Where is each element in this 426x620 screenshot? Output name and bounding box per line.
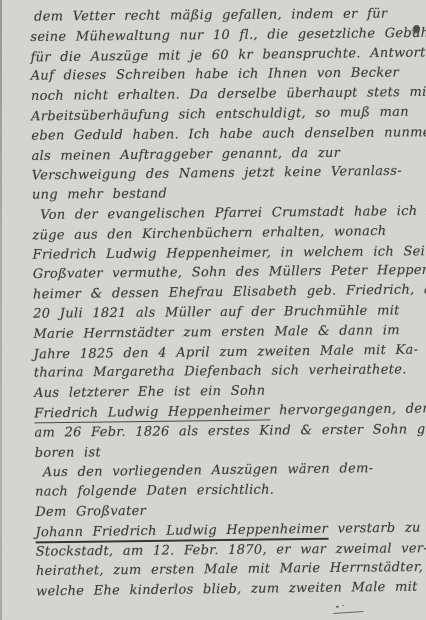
manuscript-line: tharina Margaretha Diefenbach sich verhe…: [34, 361, 426, 384]
manuscript-line: am 26 Febr. 1826 als erstes Kind & erste…: [34, 420, 426, 443]
manuscript-line: nach folgende Daten ersichtlich.: [35, 479, 426, 502]
manuscript-line: eben Geduld haben. Ich habe auch denselb…: [31, 123, 423, 146]
manuscript-line: Friedrich Ludwig Heppenheimer, in welche…: [33, 242, 425, 265]
manuscript-text: dem Vetter recht mäßig gefallen, indem e…: [30, 4, 426, 602]
manuscript-line: Stockstadt, am 12. Febr. 1870, er war zw…: [36, 539, 426, 562]
manuscript-line: dem Vetter recht mäßig gefallen, indem e…: [30, 4, 422, 27]
manuscript-page: dem Vetter recht mäßig gefallen, indem e…: [0, 0, 426, 620]
manuscript-line: ung mehr bestand: [32, 182, 424, 205]
manuscript-line: 20 Juli 1821 als Müller auf der Bruchmüh…: [33, 301, 425, 324]
catchword-mark-icon: [333, 603, 364, 614]
scan-edge-shadow: [0, 0, 2, 620]
underlined-name: Friedrich Ludwig Heppenheimer: [34, 403, 270, 423]
ink-blot-icon: [413, 25, 420, 33]
manuscript-line: Auf dieses Schreiben habe ich Ihnen von …: [31, 64, 423, 87]
manuscript-line: welche Ehe kinderlos blieb, zum zweiten …: [36, 578, 426, 603]
